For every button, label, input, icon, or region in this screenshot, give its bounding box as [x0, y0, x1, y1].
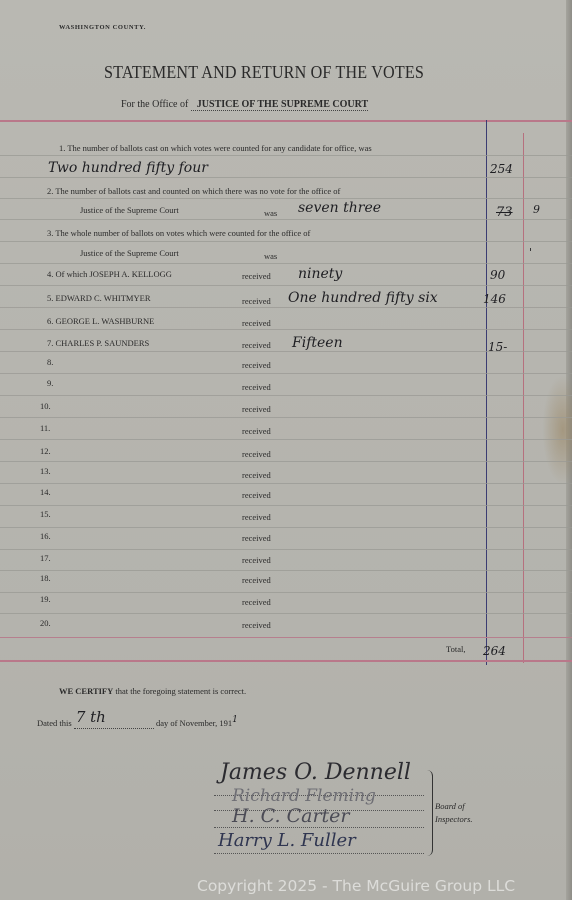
candidate-label: 11. [40, 423, 50, 433]
ruled-line [0, 613, 572, 614]
ruled-line [0, 395, 572, 396]
dated-day: 7 th [76, 708, 106, 726]
ruled-line [0, 570, 572, 571]
ruled-line [0, 307, 572, 308]
received-label: received [242, 620, 271, 630]
candidate-words: One hundred fifty six [288, 290, 438, 306]
candidate-label: 16. [40, 531, 51, 541]
question-3-sublabel: Justice of the Supreme Court [80, 248, 179, 258]
ruled-line [0, 241, 572, 242]
board-of-inspectors-label: Board of Inspectors. [435, 800, 473, 826]
ruled-line [0, 461, 572, 462]
document-title: STATEMENT AND RETURN OF THE VOTES [21, 62, 507, 83]
question-1-figure: 254 [490, 162, 513, 176]
bottom-red-rule [0, 660, 572, 662]
signature-line [214, 853, 424, 854]
ruled-line [0, 527, 572, 528]
question-2-label: 2. The number of ballots cast and counte… [47, 186, 340, 196]
received-label: received [242, 512, 271, 522]
received-label: received [242, 575, 271, 585]
candidate-label: 17. [40, 553, 51, 563]
ruled-line [0, 439, 572, 440]
figures-column-line [486, 120, 487, 665]
candidate-label: 12. [40, 446, 51, 456]
candidate-label: 6. GEORGE L. WASHBURNE [47, 316, 154, 326]
copyright-watermark: Copyright 2025 - The McGuire Group LLC [197, 877, 515, 895]
county-heading: WASHINGTON COUNTY. [59, 24, 146, 31]
question-3-label: 3. The whole number of ballots on votes … [47, 228, 310, 238]
office-value: JUSTICE OF THE SUPREME COURT [191, 99, 368, 111]
candidate-label: 10. [40, 401, 51, 411]
question-2-sublabel: Justice of the Supreme Court [80, 205, 179, 215]
candidate-words: Fifteen [292, 335, 343, 351]
candidate-label: 20. [40, 618, 51, 628]
question-1-words: Two hundred fifty four [48, 160, 208, 176]
total-label: Total, [446, 644, 465, 654]
candidate-figure: 146 [483, 292, 506, 306]
ruled-line [0, 198, 572, 199]
received-label: received [242, 426, 271, 436]
received-label: received [242, 597, 271, 607]
ruled-line [0, 373, 572, 374]
ruled-line [0, 417, 572, 418]
question-3-side-mark: ' [529, 246, 532, 259]
signature-line [214, 827, 424, 828]
ruled-line [0, 177, 572, 178]
received-label: received [242, 533, 271, 543]
ruled-line [0, 285, 572, 286]
received-label: received [242, 555, 271, 565]
candidate-label: 7. CHARLES P. SAUNDERS [47, 338, 149, 348]
candidate-label: 8. [47, 357, 53, 367]
candidate-label: 18. [40, 573, 51, 583]
inspectors-brace [426, 770, 433, 856]
ruled-line [0, 505, 572, 506]
office-line: For the Office of JUSTICE OF THE SUPREME… [121, 99, 368, 110]
margin-column-line [523, 133, 524, 663]
question-2-words: seven three [298, 200, 381, 216]
ruled-line [0, 549, 572, 550]
candidate-label: 15. [40, 509, 51, 519]
ruled-line [0, 483, 572, 484]
signature-3: H. C. Carter [232, 805, 350, 827]
question-3-was: was [264, 251, 277, 261]
candidate-label: 4. Of which JOSEPH A. KELLOGG [47, 269, 172, 279]
candidate-label: 9. [47, 378, 53, 388]
certification-statement: WE CERTIFY that the foregoing statement … [59, 686, 246, 696]
signature-1: James O. Dennell [220, 760, 411, 785]
dated-line: Dated this 7 th day of November, 1911 [37, 718, 238, 729]
office-prefix: For the Office of [121, 99, 188, 110]
water-stain [542, 375, 572, 485]
candidate-words: ninety [298, 266, 342, 282]
document-page: WASHINGTON COUNTY. STATEMENT AND RETURN … [0, 0, 572, 900]
received-label: received [242, 404, 271, 414]
candidate-label: 19. [40, 594, 51, 604]
received-label: received [242, 470, 271, 480]
received-label: received [242, 490, 271, 500]
ruled-line [0, 155, 572, 156]
candidate-figure: 90 [490, 268, 505, 282]
total-figure: 264 [483, 644, 506, 658]
ruled-line [0, 592, 572, 593]
question-2-was: was [264, 208, 277, 218]
candidate-figure: 15- [488, 340, 507, 354]
question-1-label: 1. The number of ballots cast on which v… [59, 143, 372, 153]
received-label: received [242, 340, 271, 350]
pre-total-red-rule [0, 637, 572, 638]
question-2-side-mark: 9 [533, 203, 540, 216]
candidate-label: 14. [40, 487, 51, 497]
candidate-label: 13. [40, 466, 51, 476]
received-label: received [242, 296, 271, 306]
ruled-line [0, 263, 572, 264]
received-label: received [242, 360, 271, 370]
received-label: received [242, 382, 271, 392]
received-label: received [242, 449, 271, 459]
ruled-line [0, 351, 572, 352]
signature-4: Harry L. Fuller [218, 830, 356, 851]
received-label: received [242, 318, 271, 328]
ruled-line [0, 329, 572, 330]
candidate-label: 5. EDWARD C. WHITMYER [47, 293, 151, 303]
ruled-line [0, 219, 572, 220]
received-label: received [242, 271, 271, 281]
question-2-figure: 73 [496, 205, 513, 220]
signature-2: Richard Fleming [232, 786, 376, 806]
